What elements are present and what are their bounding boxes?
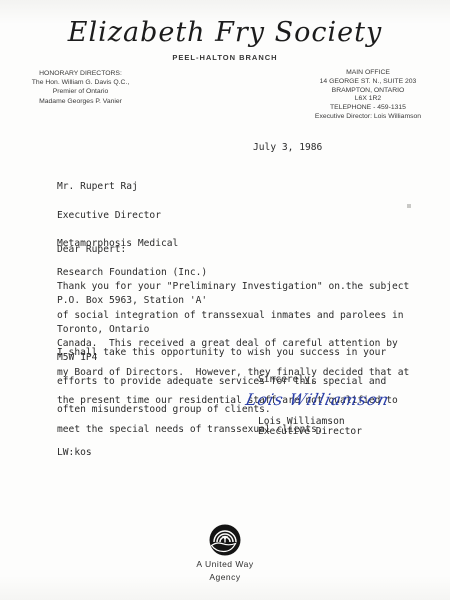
honorary-directors-block: HONORARY DIRECTORS: The Hon. William G. … <box>8 70 153 107</box>
typist-reference: LW:kos <box>57 448 92 458</box>
office-address-line: BRAMPTON, ONTARIO <box>286 87 450 96</box>
honorary-director-line: Premier of Ontario <box>8 88 153 97</box>
office-address-line: L6X 1R2 <box>286 95 450 104</box>
united-way-logo-icon <box>207 522 243 558</box>
honorary-director-line: The Hon. William G. Davis Q.C., <box>8 79 153 88</box>
body-line: I shall take this opportunity to wish yo… <box>57 348 386 358</box>
signed-title: Executive Director <box>258 427 362 437</box>
handwritten-signature: Lois Williamson <box>244 390 391 409</box>
branch-name: PEEL-HALTON BRANCH <box>0 53 450 62</box>
organization-title: Elizabeth Fry Society <box>0 17 450 48</box>
scanned-letter-page: Elizabeth Fry Society PEEL-HALTON BRANCH… <box>0 0 450 600</box>
honorary-director-line: Madame Georges P. Vanier <box>8 98 153 107</box>
body-line: of social integration of transsexual inm… <box>57 311 409 321</box>
office-phone-line: TELEPHONE - 459-1315 <box>286 104 450 113</box>
united-way-caption-line2: Agency <box>0 571 450 584</box>
recipient-line: Executive Director <box>57 211 207 221</box>
scan-artifact <box>407 204 411 208</box>
office-director-line: Executive Director: Lois Williamson <box>286 113 450 122</box>
office-address-line: 14 GEORGE ST. N., SUITE 203 <box>286 78 450 87</box>
main-office-block: MAIN OFFICE 14 GEORGE ST. N., SUITE 203 … <box>286 69 450 122</box>
body-line: Thank you for your "Preliminary Investig… <box>57 282 409 292</box>
recipient-line: Mr. Rupert Raj <box>57 182 207 192</box>
salutation: Dear Rupert: <box>57 245 126 255</box>
honorary-directors-heading: HONORARY DIRECTORS: <box>8 70 153 79</box>
closing: Sincerely, <box>258 375 316 385</box>
footer: A United Way Agency <box>0 522 450 584</box>
body-line: efforts to provide adequate services for… <box>57 377 386 387</box>
letter-date: July 3, 1986 <box>253 143 322 153</box>
main-office-heading: MAIN OFFICE <box>286 69 450 78</box>
united-way-caption-line1: A United Way <box>0 558 450 571</box>
